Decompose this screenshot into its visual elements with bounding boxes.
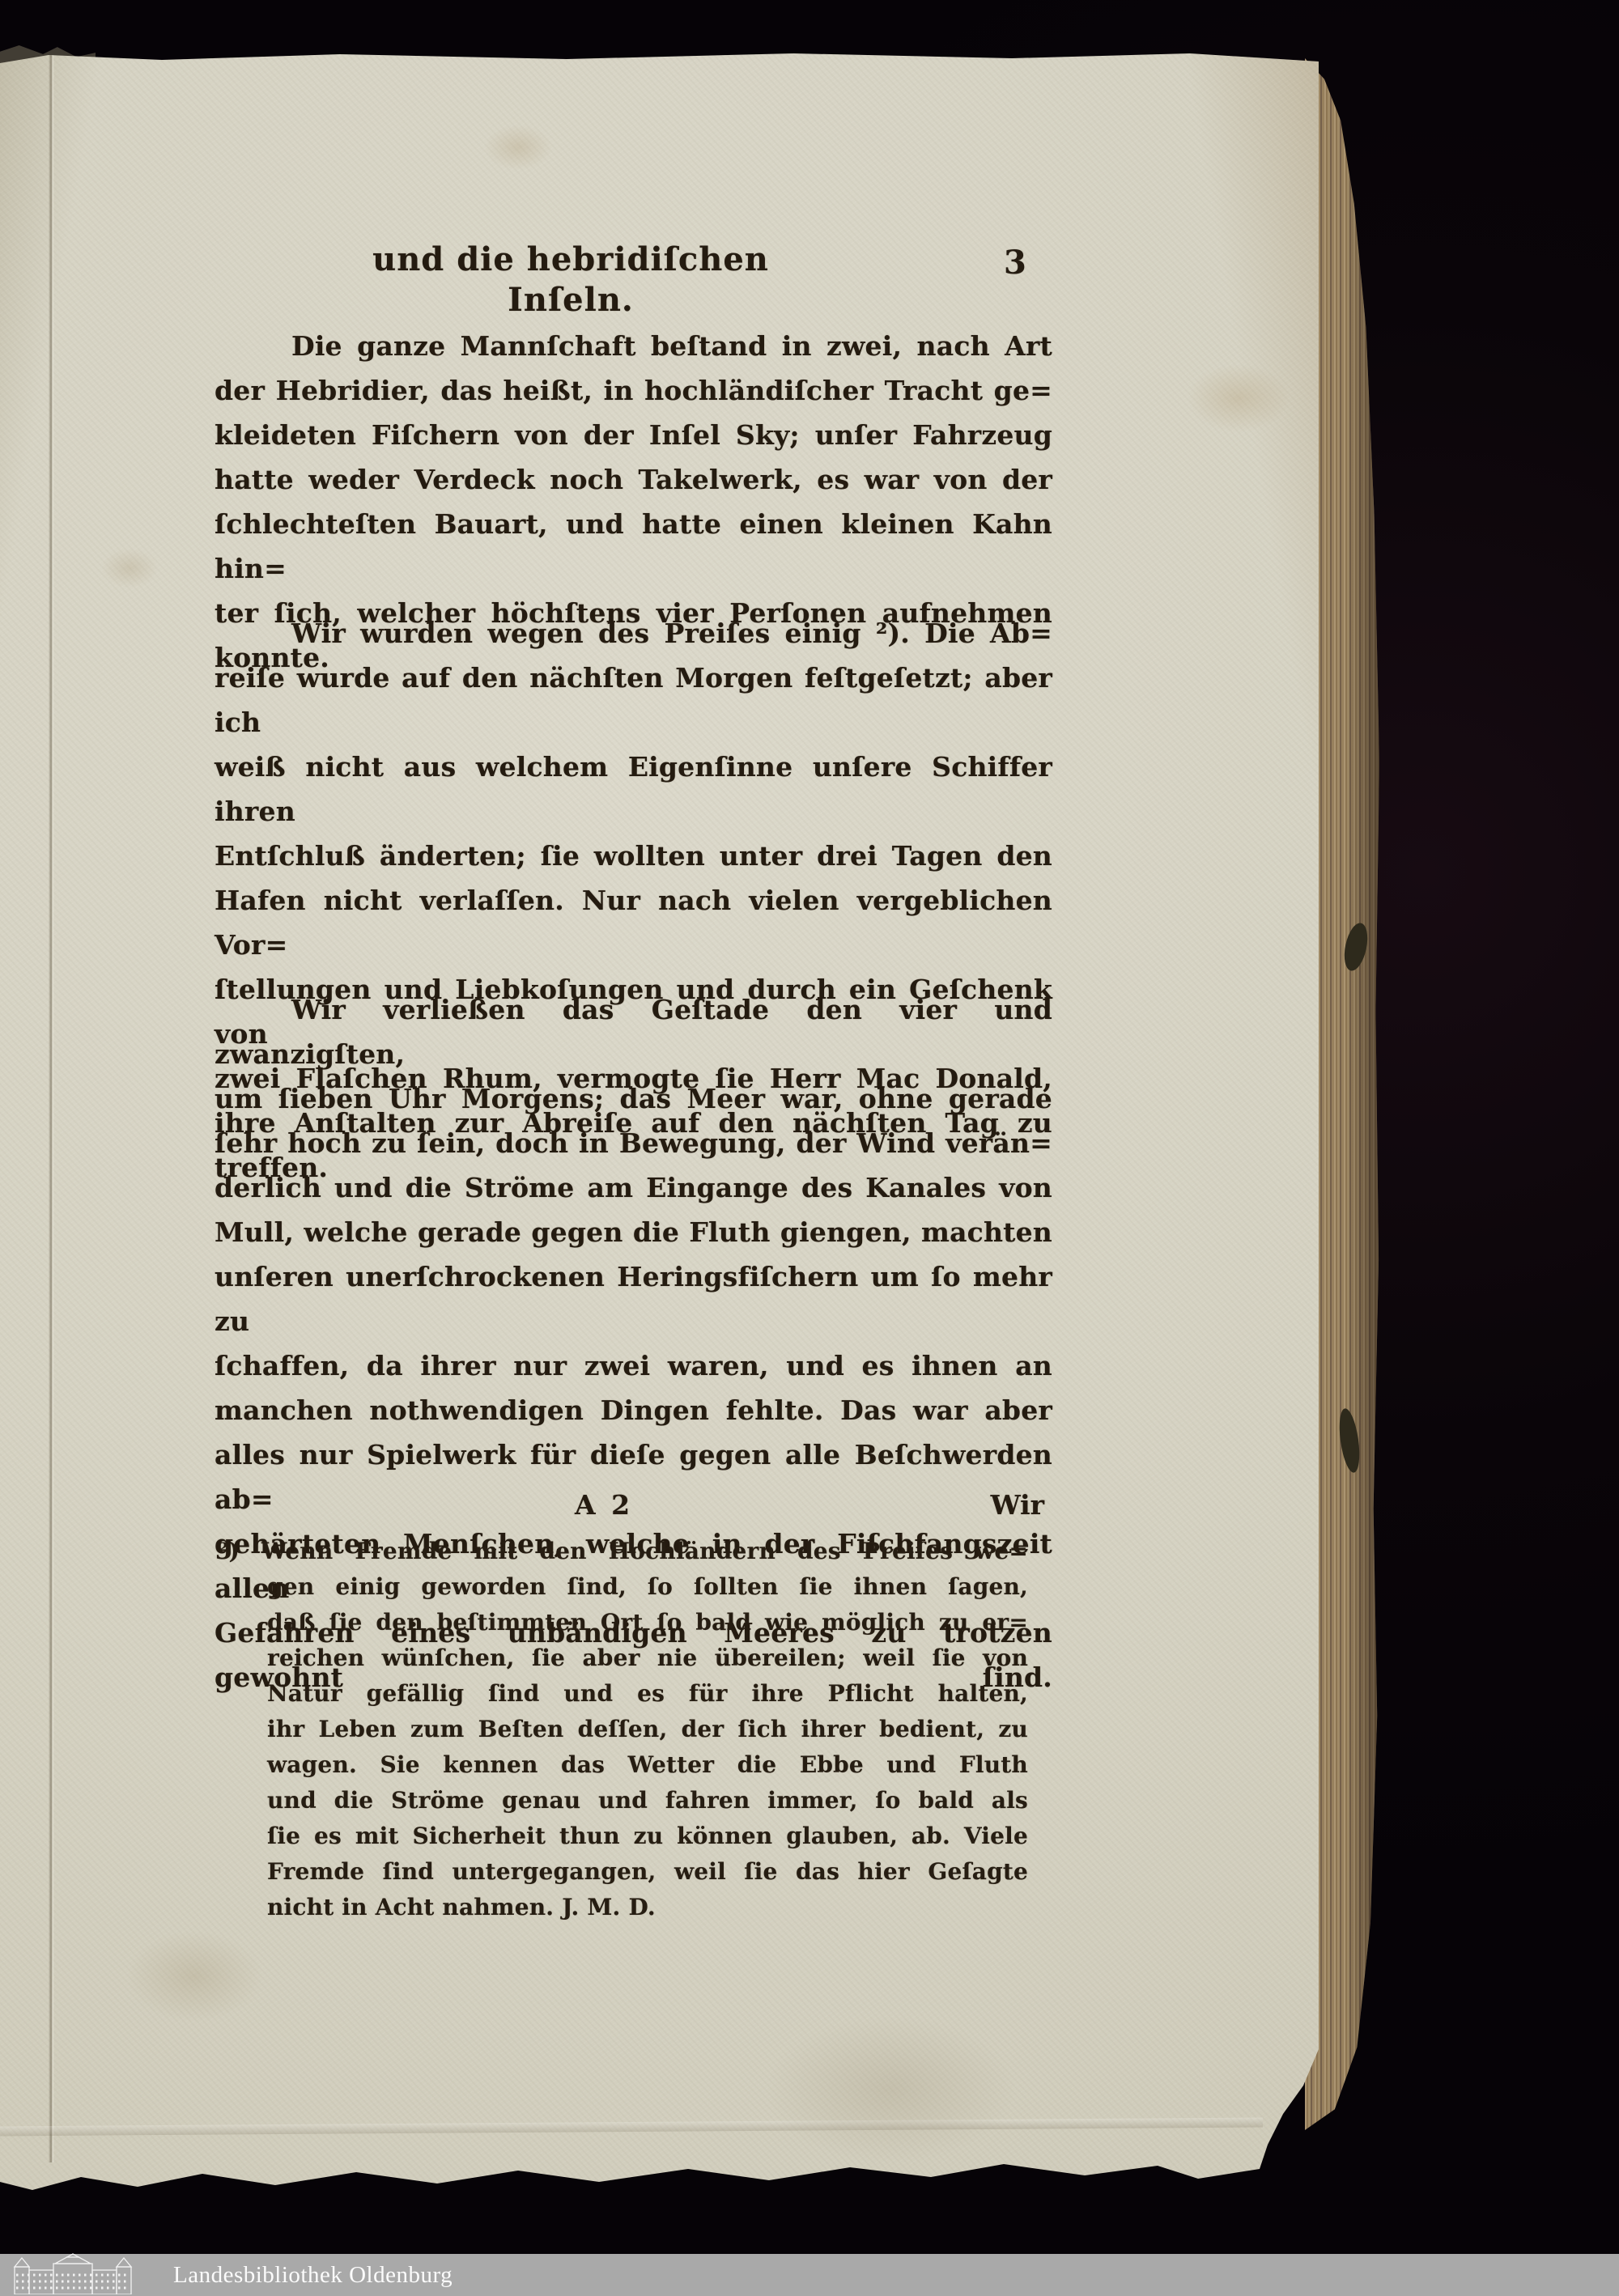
text-line: unſeren unerſchrockenen Heringsfiſchern … bbox=[215, 1254, 1052, 1343]
text-line: kleideten Fiſchern von der Inſel Sky; un… bbox=[215, 413, 1052, 457]
page-number: 3 bbox=[1004, 243, 1026, 283]
text-line: der Hebridier, das heißt, in hochländiſc… bbox=[215, 368, 1052, 413]
footnote: ²) Wenn Fremde mit den Hochländern des P… bbox=[219, 1534, 1028, 1925]
signature-mark: A 2 bbox=[575, 1485, 633, 1526]
text-line: hatte weder Verdeck noch Takelwerk, es w… bbox=[215, 457, 1052, 502]
book-scan: und die hebridiſchen Inſeln. 3 Die ganze… bbox=[0, 0, 1619, 2296]
footnote-line: wagen. Sie kennen das Wetter die Ebbe un… bbox=[219, 1747, 1028, 1783]
page-header: und die hebridiſchen Inſeln. 3 bbox=[215, 240, 1052, 285]
text-line: Die ganze Mannſchaft beſtand in zwei, na… bbox=[215, 324, 1052, 368]
text-line: reiſe wurde auf den nächſten Morgen feſt… bbox=[215, 656, 1052, 745]
signature-row: A 2 Wir bbox=[215, 1485, 1052, 1526]
footnote-line: daß ſie den beſtimmten Ort ſo bald wie m… bbox=[219, 1605, 1028, 1640]
text-line: Wir verließen das Geſtade den vier und z… bbox=[215, 987, 1052, 1076]
library-building-icon bbox=[8, 2252, 138, 2296]
footnote-line: Natur gefällig ſind und es für ihre Pfli… bbox=[219, 1676, 1028, 1712]
footnote-line: ihr Leben zum Beſten deſſen, der ſich ih… bbox=[219, 1712, 1028, 1747]
book-page: und die hebridiſchen Inſeln. 3 Die ganze… bbox=[0, 50, 1319, 2203]
catchword: Wir bbox=[991, 1485, 1044, 1526]
library-watermark-bar: Landesbibliothek Oldenburg bbox=[0, 2254, 1619, 2296]
text-line: ſchlechteſten Bauart, und hatte einen kl… bbox=[215, 502, 1052, 591]
text-line: ſchaffen, da ihrer nur zwei waren, und e… bbox=[215, 1343, 1052, 1388]
text-line: ſehr hoch zu ſein, doch in Bewegung, der… bbox=[215, 1121, 1052, 1165]
text-line: Hafen nicht verlaſſen. Nur nach vielen v… bbox=[215, 878, 1052, 967]
library-name: Landesbibliothek Oldenburg bbox=[173, 2254, 453, 2296]
footnote-line: reichen wünſchen, ſie aber nie übereilen… bbox=[219, 1640, 1028, 1676]
footnote-line: und die Ströme genau und fahren immer, ſ… bbox=[219, 1783, 1028, 1819]
text-line: um ſieben Uhr Morgens; das Meer war, ohn… bbox=[215, 1076, 1052, 1121]
text-line: derlich und die Ströme am Eingange des K… bbox=[215, 1165, 1052, 1210]
footnote-line: ſie es mit Sicherheit thun zu können gla… bbox=[219, 1819, 1028, 1854]
text-line: Mull, welche gerade gegen die Fluth gien… bbox=[215, 1210, 1052, 1254]
text-line: Entſchluß änderten; ſie wollten unter dr… bbox=[215, 834, 1052, 878]
paper-wrinkle bbox=[0, 2118, 1263, 2137]
text-line: manchen nothwendigen Dingen fehlte. Das … bbox=[215, 1388, 1052, 1432]
footnote-line: Fremde ſind untergegangen, weil ſie das … bbox=[219, 1854, 1028, 1890]
text-line: Wir wurden wegen des Preiſes einig ²). D… bbox=[215, 611, 1052, 656]
text-line: weiß nicht aus welchem Eigenſinne unſere… bbox=[215, 745, 1052, 834]
running-title: und die hebridiſchen Inſeln. bbox=[328, 240, 814, 320]
footnote-line: nicht in Acht nahmen. J. M. D. bbox=[219, 1890, 1028, 1925]
gutter-crease bbox=[49, 50, 54, 2162]
footnote-line: ²) Wenn Fremde mit den Hochländern des P… bbox=[219, 1534, 1028, 1569]
footnote-line: gen einig geworden ſind, ſo ſollten ſie … bbox=[219, 1569, 1028, 1605]
